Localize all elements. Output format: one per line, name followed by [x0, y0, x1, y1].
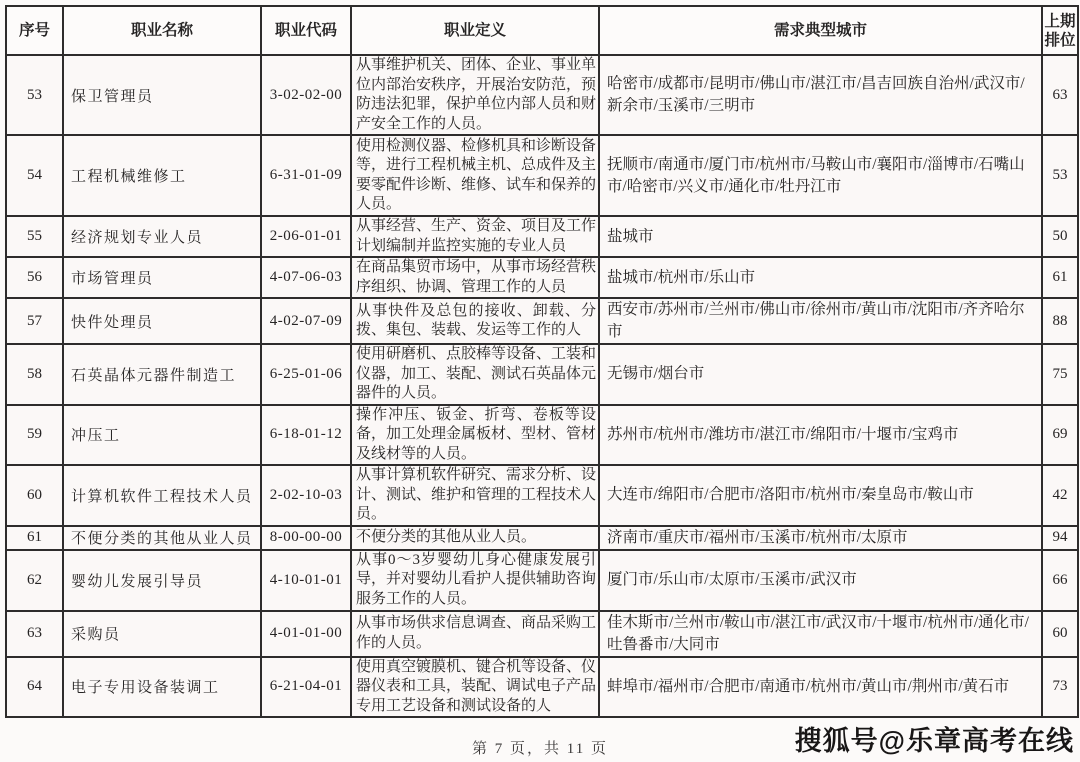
cell-occupation-code: 8-00-00-00: [261, 526, 351, 550]
cell-occupation-code: 3-02-02-00: [261, 55, 351, 135]
cell-previous-rank: 61: [1042, 257, 1078, 298]
occupation-name-text: 计算机软件工程技术人员: [71, 485, 256, 506]
cell-typical-cities: 西安市/苏州市/兰州市/佛山市/徐州市/黄山市/沈阳市/齐齐哈尔市: [599, 298, 1042, 344]
cell-occupation-name: 工程机械维修工: [63, 135, 261, 216]
table-row: 64电子专用设备装调工6-21-04-01使用真空镀膜机、键合机等设备、仪器仪表…: [6, 657, 1078, 718]
cell-occupation-definition: 使用研磨机、点胶棒等设备、工装和仪器，加工、装配、测试石英晶体元器件的人员。: [351, 344, 599, 405]
cell-occupation-code: 4-02-07-09: [261, 298, 351, 344]
header-typical-cities: 需求典型城市: [599, 6, 1042, 55]
occupation-name-text: 婴幼儿发展引导员: [71, 570, 256, 591]
header-occupation-name: 职业名称: [63, 6, 261, 55]
cell-serial-number: 56: [6, 257, 63, 298]
cell-previous-rank: 63: [1042, 55, 1078, 135]
table-row: 53保卫管理员3-02-02-00从事维护机关、团体、企业、事业单位内部治安秩序…: [6, 55, 1078, 135]
occupation-name-text: 电子专用设备装调工: [71, 676, 256, 697]
watermark-sohu-account: 搜狐号@乐章高考在线: [795, 719, 1074, 758]
cell-occupation-name: 婴幼儿发展引导员: [63, 550, 261, 611]
occupation-name-text: 保卫管理员: [71, 85, 256, 106]
occupation-name-text: 工程机械维修工: [71, 165, 256, 186]
cell-occupation-code: 6-21-04-01: [261, 657, 351, 718]
occupation-name-text: 快件处理员: [71, 311, 256, 332]
cell-occupation-code: 6-18-01-12: [261, 405, 351, 466]
cell-occupation-name: 计算机软件工程技术人员: [63, 465, 261, 526]
cell-occupation-definition: 从事经营、生产、资金、项目及工作计划编制并监控实施的专业人员: [351, 216, 599, 257]
cell-occupation-definition: 从事计算机软件研究、需求分析、设计、测试、维护和管理的工程技术人员。: [351, 465, 599, 526]
cell-typical-cities: 无锡市/烟台市: [599, 344, 1042, 405]
cell-occupation-name: 市场管理员: [63, 257, 261, 298]
cell-occupation-definition: 从事维护机关、团体、企业、事业单位内部治安秩序，开展治安防范，预防违法犯罪，保护…: [351, 55, 599, 135]
cell-typical-cities: 蚌埠市/福州市/合肥市/南通市/杭州市/黄山市/荆州市/黄石市: [599, 657, 1042, 718]
table-row: 56市场管理员4-07-06-03在商品集贸市场中，从事市场经营秩序组织、协调、…: [6, 257, 1078, 298]
table-row: 62婴幼儿发展引导员4-10-01-01从事0～3岁婴幼儿身心健康发展引导，并对…: [6, 550, 1078, 611]
cell-typical-cities: 佳木斯市/兰州市/鞍山市/湛江市/武汉市/十堰市/杭州市/通化市/吐鲁番市/大同…: [599, 611, 1042, 657]
occupation-name-text: 不便分类的其他从业人员: [71, 527, 256, 548]
table-row: 54工程机械维修工6-31-01-09使用检测仪器、检修机具和诊断设备等，进行工…: [6, 135, 1078, 216]
cell-typical-cities: 盐城市: [599, 216, 1042, 257]
occupation-ranking-table: 序号 职业名称 职业代码 职业定义 需求典型城市 上期排位 53保卫管理员3-0…: [5, 5, 1079, 718]
table-row: 60计算机软件工程技术人员2-02-10-03从事计算机软件研究、需求分析、设计…: [6, 465, 1078, 526]
cell-previous-rank: 75: [1042, 344, 1078, 405]
occupation-name-text: 市场管理员: [71, 267, 256, 288]
cell-occupation-definition: 不便分类的其他从业人员。: [351, 526, 599, 550]
cell-serial-number: 57: [6, 298, 63, 344]
cell-previous-rank: 88: [1042, 298, 1078, 344]
occupation-name-text: 采购员: [71, 623, 256, 644]
cell-occupation-name: 冲压工: [63, 405, 261, 466]
cell-occupation-code: 4-10-01-01: [261, 550, 351, 611]
cell-occupation-definition: 在商品集贸市场中，从事市场经营秩序组织、协调、管理工作的人员: [351, 257, 599, 298]
cell-previous-rank: 73: [1042, 657, 1078, 718]
cell-previous-rank: 42: [1042, 465, 1078, 526]
cell-occupation-name: 石英晶体元器件制造工: [63, 344, 261, 405]
table-header-row: 序号 职业名称 职业代码 职业定义 需求典型城市 上期排位: [6, 6, 1078, 55]
cell-occupation-code: 2-06-01-01: [261, 216, 351, 257]
cell-occupation-code: 6-31-01-09: [261, 135, 351, 216]
cell-serial-number: 58: [6, 344, 63, 405]
table-row: 58石英晶体元器件制造工6-25-01-06使用研磨机、点胶棒等设备、工装和仪器…: [6, 344, 1078, 405]
occupation-name-text: 石英晶体元器件制造工: [71, 364, 256, 385]
table-row: 59冲压工6-18-01-12操作冲压、钣金、折弯、卷板等设备，加工处理金属板材…: [6, 405, 1078, 466]
cell-typical-cities: 苏州市/杭州市/潍坊市/湛江市/绵阳市/十堰市/宝鸡市: [599, 405, 1042, 466]
cell-occupation-definition: 从事快件及总包的接收、卸载、分拨、集包、装载、发运等工作的人: [351, 298, 599, 344]
cell-previous-rank: 60: [1042, 611, 1078, 657]
header-previous-rank: 上期排位: [1042, 6, 1078, 55]
cell-previous-rank: 50: [1042, 216, 1078, 257]
cell-previous-rank: 69: [1042, 405, 1078, 466]
cell-serial-number: 59: [6, 405, 63, 466]
cell-typical-cities: 厦门市/乐山市/太原市/玉溪市/武汉市: [599, 550, 1042, 611]
cell-serial-number: 60: [6, 465, 63, 526]
header-occupation-code: 职业代码: [261, 6, 351, 55]
table-row: 57快件处理员4-02-07-09从事快件及总包的接收、卸载、分拨、集包、装载、…: [6, 298, 1078, 344]
cell-typical-cities: 哈密市/成都市/昆明市/佛山市/湛江市/昌吉回族自治州/武汉市/新余市/玉溪市/…: [599, 55, 1042, 135]
cell-occupation-name: 不便分类的其他从业人员: [63, 526, 261, 550]
cell-typical-cities: 大连市/绵阳市/合肥市/洛阳市/杭州市/秦皇岛市/鞍山市: [599, 465, 1042, 526]
cell-occupation-name: 电子专用设备装调工: [63, 657, 261, 718]
cell-occupation-name: 采购员: [63, 611, 261, 657]
cell-typical-cities: 济南市/重庆市/福州市/玉溪市/杭州市/太原市: [599, 526, 1042, 550]
cell-occupation-name: 经济规划专业人员: [63, 216, 261, 257]
occupation-name-text: 冲压工: [71, 424, 256, 445]
cell-occupation-code: 4-01-01-00: [261, 611, 351, 657]
cell-occupation-name: 快件处理员: [63, 298, 261, 344]
cell-occupation-definition: 操作冲压、钣金、折弯、卷板等设备，加工处理金属板材、型材、管材及线材等的人员。: [351, 405, 599, 466]
cell-previous-rank: 53: [1042, 135, 1078, 216]
cell-occupation-name: 保卫管理员: [63, 55, 261, 135]
cell-occupation-definition: 从事0～3岁婴幼儿身心健康发展引导，并对婴幼儿看护人提供辅助咨询服务工作的人员。: [351, 550, 599, 611]
cell-previous-rank: 94: [1042, 526, 1078, 550]
table-row: 55经济规划专业人员2-06-01-01从事经营、生产、资金、项目及工作计划编制…: [6, 216, 1078, 257]
cell-typical-cities: 抚顺市/南通市/厦门市/杭州市/马鞍山市/襄阳市/淄博市/石嘴山市/哈密市/兴义…: [599, 135, 1042, 216]
cell-serial-number: 61: [6, 526, 63, 550]
cell-serial-number: 55: [6, 216, 63, 257]
cell-serial-number: 64: [6, 657, 63, 718]
table-row: 63采购员4-01-01-00从事市场供求信息调查、商品采购工作的人员。佳木斯市…: [6, 611, 1078, 657]
cell-occupation-definition: 使用真空镀膜机、键合机等设备、仪器仪表和工具，装配、调试电子产品专用工艺设备和测…: [351, 657, 599, 718]
cell-occupation-definition: 使用检测仪器、检修机具和诊断设备等，进行工程机械主机、总成件及主要零配件诊断、维…: [351, 135, 599, 216]
cell-previous-rank: 66: [1042, 550, 1078, 611]
cell-occupation-code: 2-02-10-03: [261, 465, 351, 526]
cell-typical-cities: 盐城市/杭州市/乐山市: [599, 257, 1042, 298]
header-occupation-definition: 职业定义: [351, 6, 599, 55]
table-row: 61不便分类的其他从业人员8-00-00-00不便分类的其他从业人员。济南市/重…: [6, 526, 1078, 550]
cell-occupation-code: 4-07-06-03: [261, 257, 351, 298]
occupation-name-text: 经济规划专业人员: [71, 226, 256, 247]
cell-serial-number: 53: [6, 55, 63, 135]
cell-serial-number: 63: [6, 611, 63, 657]
cell-serial-number: 54: [6, 135, 63, 216]
cell-occupation-definition: 从事市场供求信息调查、商品采购工作的人员。: [351, 611, 599, 657]
cell-serial-number: 62: [6, 550, 63, 611]
cell-occupation-code: 6-25-01-06: [261, 344, 351, 405]
header-serial-number: 序号: [6, 6, 63, 55]
